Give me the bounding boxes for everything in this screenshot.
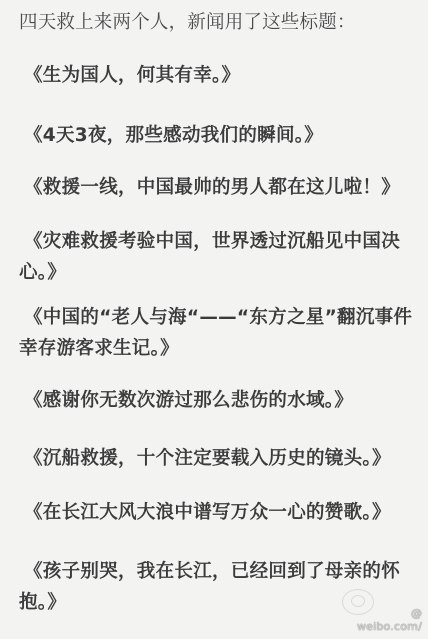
headline-item: 《中国的“老人与海“——“东方之星”翻沉事件幸存游客求生记。》 <box>19 302 414 364</box>
headline-item: 《生为国人，何其有幸。》 <box>24 60 419 91</box>
headline-item: 《沉船救援，十个注定要载入历史的镜头。》 <box>24 443 419 474</box>
headline-item: 《在长江大风大浪中谱写万众一心的赞歌。》 <box>24 497 419 528</box>
headline-item: 《救援一线，中国最帅的男人都在这儿啦！》 <box>24 172 419 203</box>
headline-item: 《4天3夜，那些感动我们的瞬间。》 <box>24 120 419 151</box>
weibo-logo-icon <box>342 589 374 615</box>
headline-item: 《感谢你无数次游过那么悲伤的水域。》 <box>24 385 419 416</box>
image-post: 四天救上来两个人，新闻用了这些标题： 《生为国人，何其有幸。》 《4天3夜，那些… <box>0 0 428 639</box>
weibo-watermark: @ weibo.com/ <box>357 607 422 633</box>
headline-item: 《灾难救援考验中国，世界透过沉船见中国决心。》 <box>19 226 414 288</box>
intro-text: 四天救上来两个人，新闻用了这些标题： <box>19 11 356 35</box>
watermark-url: weibo.com/ <box>357 620 422 633</box>
